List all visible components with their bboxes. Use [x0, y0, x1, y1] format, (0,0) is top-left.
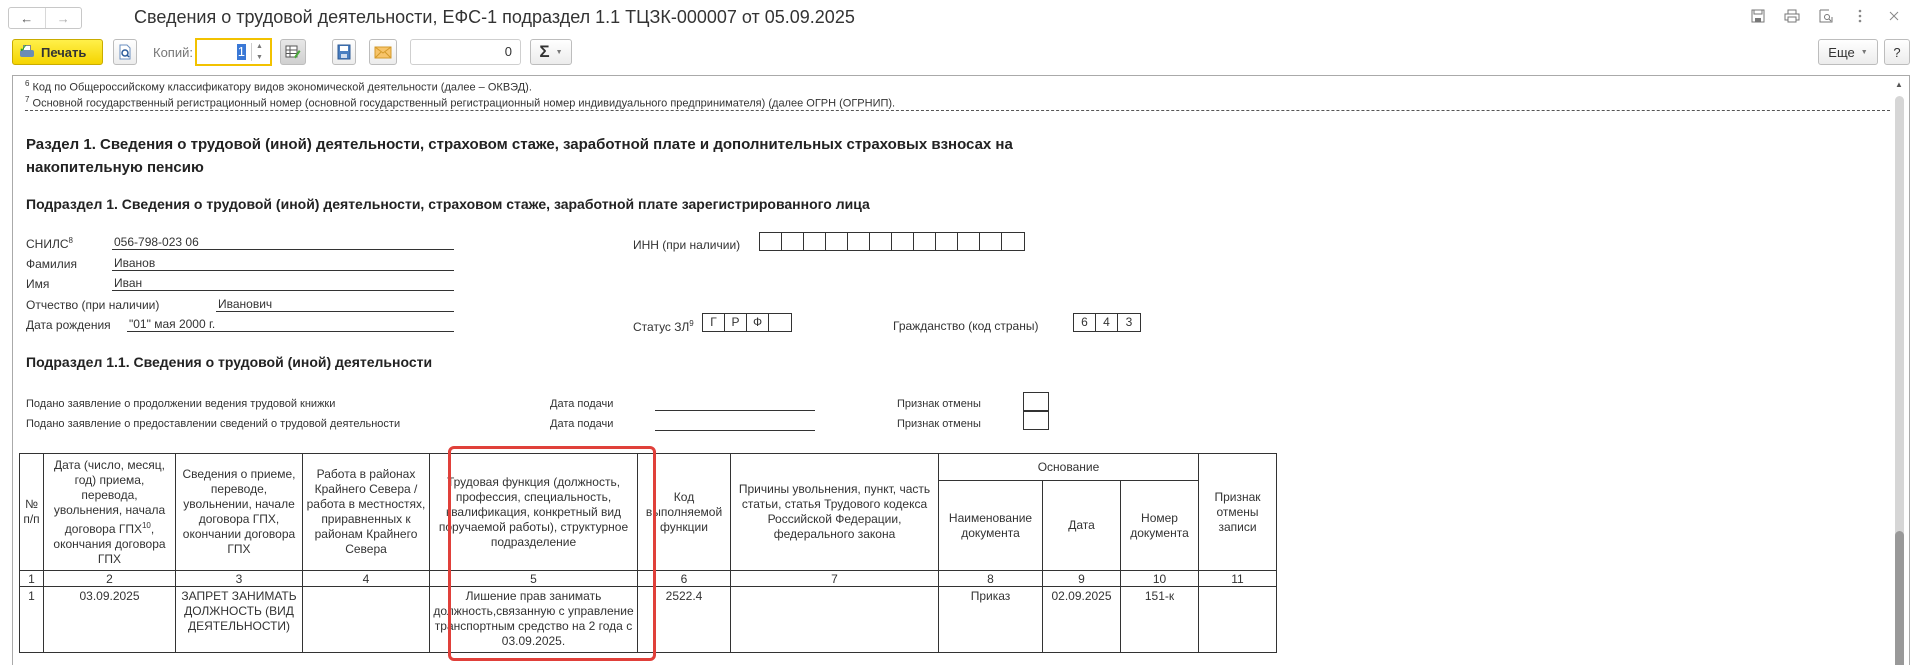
- sigma-icon: Σ: [539, 42, 549, 62]
- cell-cancel: [1199, 587, 1277, 653]
- header-function: Трудовая функция (должность, профессия, …: [430, 454, 638, 571]
- cell-doc-date: 02.09.2025: [1043, 587, 1121, 653]
- char-cell: Р: [725, 314, 747, 331]
- column-number: 1: [20, 571, 44, 587]
- help-button[interactable]: ?: [1884, 39, 1910, 65]
- application-1-date: [655, 396, 815, 411]
- print-icon[interactable]: [1784, 8, 1800, 24]
- header-reason: Причины увольнения, пункт, часть статьи,…: [731, 454, 939, 571]
- snils-value: 056-798-023 06: [112, 235, 454, 250]
- header-event: Сведения о приеме, переводе, увольнении,…: [176, 454, 303, 571]
- birthdate-value: "01" мая 2000 г.: [127, 317, 454, 332]
- navigation-buttons: ← →: [8, 7, 82, 29]
- table-header-row: № п/п Дата (число, месяц, год) приема, п…: [20, 454, 1277, 481]
- char-cell: [980, 233, 1002, 250]
- subsection-1-1-title: Подраздел 1.1. Сведения о трудовой (иной…: [26, 354, 432, 370]
- labor-activity-table: № п/п Дата (число, месяц, год) приема, п…: [19, 453, 1277, 653]
- char-cell: [870, 233, 892, 250]
- char-cell: [782, 233, 804, 250]
- citizenship-cells: 643: [1073, 313, 1141, 332]
- more-button-label: Еще: [1828, 45, 1854, 60]
- application-2-cancel-label: Признак отмены: [897, 418, 981, 430]
- char-cell: [1002, 233, 1024, 250]
- cell-event: ЗАПРЕТ ЗАНИМАТЬ ДОЛЖНОСТЬ (ВИД ДЕЯТЕЛЬНО…: [176, 587, 303, 653]
- char-cell: [760, 233, 782, 250]
- status-cells: ГРФ: [702, 313, 792, 332]
- vertical-scrollbar[interactable]: ▲: [1891, 76, 1909, 665]
- header-north: Работа в районах Крайнего Севера / работ…: [303, 454, 430, 571]
- back-button[interactable]: ←: [9, 8, 45, 28]
- char-cell: [826, 233, 848, 250]
- inn-label: ИНН (при наличии): [633, 238, 740, 252]
- title-actions: [1750, 8, 1902, 24]
- title-bar: ← → Сведения о трудовой деятельности, ЕФ…: [0, 0, 1920, 34]
- arrow-right-icon: →: [57, 11, 70, 26]
- application-1-cancel-label: Признак отмены: [897, 398, 981, 410]
- char-cell: Г: [703, 314, 725, 331]
- copies-label: Копий:: [153, 45, 193, 60]
- column-number: 6: [638, 571, 731, 587]
- sum-field[interactable]: 0: [410, 39, 521, 65]
- column-number: 2: [44, 571, 176, 587]
- birthdate-label: Дата рождения: [26, 318, 111, 332]
- column-number: 5: [430, 571, 638, 587]
- char-cell: 3: [1118, 314, 1140, 331]
- spreadsheet-document[interactable]: 6 Код по Общероссийскому классификатору …: [12, 75, 1910, 665]
- scroll-up-icon[interactable]: ▲: [1895, 80, 1903, 89]
- char-cell: [848, 233, 870, 250]
- char-cell: [892, 233, 914, 250]
- edit-table-button[interactable]: [280, 39, 306, 65]
- subsection-1-title: Подраздел 1. Сведения о трудовой (иной) …: [26, 196, 870, 212]
- cell-date: 03.09.2025: [44, 587, 176, 653]
- magnifier-page-icon: [118, 44, 132, 60]
- cell-doc-name: Приказ: [939, 587, 1043, 653]
- application-2-date-label: Дата подачи: [550, 418, 613, 430]
- copies-spinner[interactable]: ▲▼: [251, 43, 267, 61]
- sum-menu-button[interactable]: Σ ▼: [530, 39, 572, 65]
- column-number: 8: [939, 571, 1043, 587]
- status-label: Статус ЗЛ9: [633, 319, 694, 334]
- char-cell: [769, 314, 791, 331]
- application-2-label: Подано заявление о предоставлении сведен…: [26, 418, 400, 430]
- surname-label: Фамилия: [26, 257, 77, 271]
- close-icon[interactable]: [1886, 8, 1902, 24]
- header-doc-date: Дата: [1043, 481, 1121, 571]
- column-number: 9: [1043, 571, 1121, 587]
- snils-label: СНИЛС8: [26, 236, 73, 251]
- footnote-6: 6 Код по Общероссийскому классификатору …: [25, 79, 532, 94]
- header-doc-number: Номер документа: [1121, 481, 1199, 571]
- patronymic-value: Иванович: [216, 297, 454, 312]
- toolbar: ✓ Печать Копий: 1 ▲▼ 0 Σ ▼ Еще ▼ ?: [0, 38, 1920, 66]
- column-number: 10: [1121, 571, 1199, 587]
- preview-button[interactable]: [113, 39, 137, 65]
- application-1-cancel-box[interactable]: [1023, 392, 1049, 411]
- chevron-down-icon: ▼: [1861, 49, 1868, 56]
- section-1-title: Раздел 1. Сведения о трудовой (иной) дея…: [26, 133, 1076, 179]
- header-date: Дата (число, месяц, год) приема, перевод…: [44, 454, 176, 571]
- spin-down-icon[interactable]: ▼: [256, 54, 263, 61]
- send-email-button[interactable]: [369, 39, 397, 65]
- chevron-down-icon: ▼: [556, 49, 563, 56]
- save-button[interactable]: [332, 39, 356, 65]
- floppy-disk-icon: [337, 44, 351, 60]
- header-code: Код выполняемой функции: [638, 454, 731, 571]
- cell-north: [303, 587, 430, 653]
- char-cell: Ф: [747, 314, 769, 331]
- char-cell: [914, 233, 936, 250]
- column-number: 11: [1199, 571, 1277, 587]
- scroll-thumb[interactable]: [1895, 531, 1904, 665]
- forward-button[interactable]: →: [45, 8, 82, 28]
- char-cell: [804, 233, 826, 250]
- arrow-left-icon: ←: [20, 11, 33, 26]
- envelope-icon: [374, 46, 392, 59]
- char-cell: 6: [1074, 314, 1096, 331]
- printer-icon: ✓: [19, 44, 35, 60]
- inn-cells: [759, 232, 1025, 251]
- save-icon[interactable]: [1750, 8, 1766, 24]
- print-button[interactable]: ✓ Печать: [12, 39, 103, 65]
- header-basis: Основание: [939, 454, 1199, 481]
- cell-reason: [731, 587, 939, 653]
- dashed-separator: [25, 110, 1890, 111]
- window-title: Сведения о трудовой деятельности, ЕФС-1 …: [134, 7, 855, 28]
- citizenship-label: Гражданство (код страны): [893, 319, 1038, 333]
- application-2-cancel-box[interactable]: [1023, 411, 1049, 430]
- preview-icon[interactable]: [1818, 8, 1834, 24]
- cell-number: 1: [20, 587, 44, 653]
- cell-doc-number: 151-к: [1121, 587, 1199, 653]
- column-number: 7: [731, 571, 939, 587]
- table-row[interactable]: 1 03.09.2025 ЗАПРЕТ ЗАНИМАТЬ ДОЛЖНОСТЬ (…: [20, 587, 1277, 653]
- footnote-7: 7 Основной государственный регистрационн…: [25, 95, 895, 110]
- copies-input[interactable]: 1 ▲▼: [195, 38, 272, 66]
- char-cell: [936, 233, 958, 250]
- name-label: Имя: [26, 277, 49, 291]
- char-cell: 4: [1096, 314, 1118, 331]
- more-vertical-icon[interactable]: [1852, 8, 1868, 24]
- cell-code: 2522.4: [638, 587, 731, 653]
- header-cancel: Признак отмены записи: [1199, 454, 1277, 571]
- patronymic-label: Отчество (при наличии): [26, 298, 159, 312]
- column-number: 4: [303, 571, 430, 587]
- application-1-label: Подано заявление о продолжении ведения т…: [26, 398, 335, 410]
- name-value: Иван: [112, 276, 454, 291]
- char-cell: [958, 233, 980, 250]
- column-number: 3: [176, 571, 303, 587]
- surname-value: Иванов: [112, 256, 454, 271]
- column-numbers-row: 1234567891011: [20, 571, 1277, 587]
- header-doc-name: Наименование документа: [939, 481, 1043, 571]
- spin-up-icon[interactable]: ▲: [256, 43, 263, 50]
- header-number: № п/п: [20, 454, 44, 571]
- application-1-date-label: Дата подачи: [550, 398, 613, 410]
- application-2-date: [655, 416, 815, 431]
- more-button[interactable]: Еще ▼: [1818, 39, 1878, 65]
- print-button-label: Печать: [41, 45, 86, 60]
- table-edit-icon: [285, 44, 301, 60]
- copies-value: 1: [237, 44, 246, 60]
- cell-function: Лишение прав занимать должность,связанну…: [430, 587, 638, 653]
